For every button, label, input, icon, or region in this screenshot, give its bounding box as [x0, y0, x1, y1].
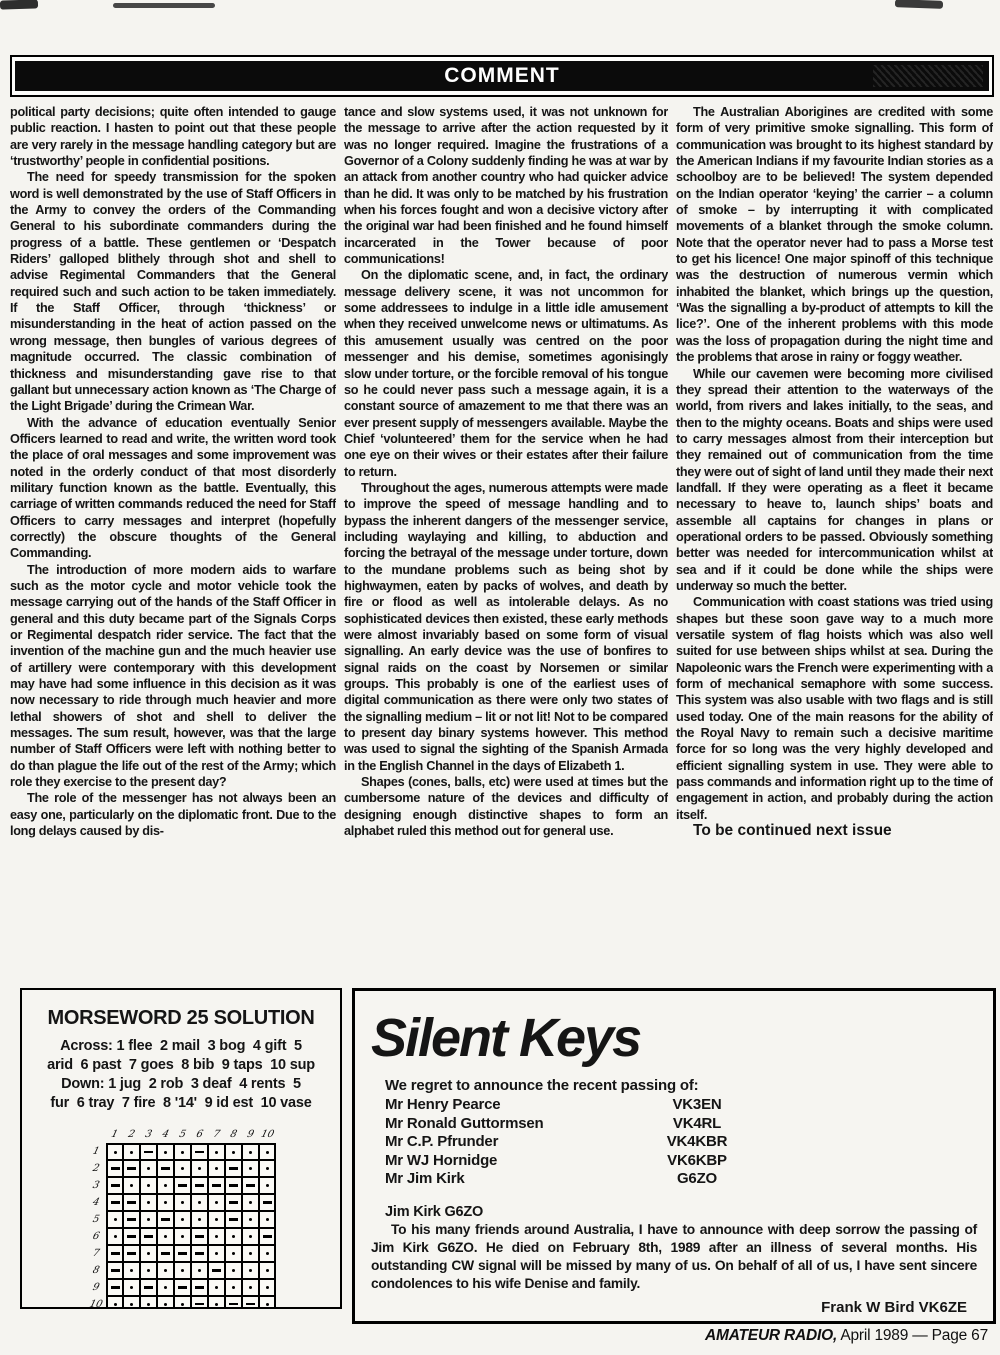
morse-dash-icon: [144, 1151, 153, 1154]
morse-dash-icon: [229, 1184, 238, 1187]
morse-dot-icon: [181, 1218, 184, 1221]
paragraph: The Australian Aborigines are credited w…: [676, 104, 993, 366]
grid-row-label: 1: [84, 1143, 108, 1160]
morse-dot-icon: [181, 1167, 184, 1170]
morse-grid-cell: [208, 1160, 225, 1177]
silent-keys-callsign: VK4KBR: [617, 1133, 777, 1152]
morse-dash-icon: [195, 1286, 204, 1289]
morse-grid-cell: [123, 1143, 140, 1160]
morse-dot-icon: [147, 1201, 150, 1204]
scan-smudge: [0, 0, 38, 10]
morseword-across-answers: Across: 1 flee 2 mail 3 bog 4 gift 5 ari…: [22, 1037, 340, 1075]
morse-grid-cell: [157, 1160, 174, 1177]
morse-grid-cell: [174, 1211, 191, 1228]
morse-dash-icon: [111, 1184, 120, 1187]
morse-dash-icon: [246, 1184, 255, 1187]
morse-dot-icon: [130, 1269, 133, 1272]
morse-dot-icon: [215, 1151, 218, 1154]
morse-dot-icon: [232, 1252, 235, 1255]
morse-grid-cell: [191, 1160, 208, 1177]
morse-dot-icon: [198, 1167, 201, 1170]
morse-dot-icon: [215, 1252, 218, 1255]
paragraph: The introduction of more modern aids to …: [10, 562, 336, 791]
grid-row-label: 9: [84, 1279, 108, 1296]
footer-issue-info: April 1989 — Page 67: [837, 1327, 988, 1344]
morse-dash-icon: [229, 1201, 238, 1204]
morse-grid-cell: [157, 1228, 174, 1245]
grid-row-label: 5: [84, 1211, 108, 1228]
morse-grid-cell: [157, 1143, 174, 1160]
silent-keys-title: Silent Keys: [371, 1011, 993, 1065]
morse-dot-icon: [215, 1218, 218, 1221]
silent-keys-name: Mr Henry Pearce: [385, 1096, 617, 1115]
morse-dot-icon: [147, 1269, 150, 1272]
morse-grid-cell: [242, 1245, 259, 1262]
morse-grid-cell: [259, 1160, 276, 1177]
morse-grid-cell: [242, 1211, 259, 1228]
morse-grid-cell: [259, 1245, 276, 1262]
morse-dot-icon: [249, 1151, 252, 1154]
morse-grid-cell: [140, 1228, 157, 1245]
morse-grid-cell: [242, 1194, 259, 1211]
morse-dot-icon: [181, 1303, 184, 1306]
morse-grid-cell: [174, 1194, 191, 1211]
morse-dot-icon: [266, 1167, 269, 1170]
scan-smudge: [113, 3, 215, 8]
morse-grid-cell: [242, 1279, 259, 1296]
morse-grid-cell: [191, 1143, 208, 1160]
morse-grid-cell: [140, 1177, 157, 1194]
page-title: COMMENT: [444, 64, 560, 88]
morse-grid-cell: [208, 1245, 225, 1262]
silent-keys-name: Mr C.P. Pfrunder: [385, 1133, 617, 1152]
morse-dash-icon: [144, 1235, 153, 1238]
morse-dot-icon: [114, 1218, 117, 1221]
morse-grid-cell: [123, 1279, 140, 1296]
morse-grid-cell: [174, 1177, 191, 1194]
morse-grid-cell: [225, 1160, 242, 1177]
morse-dot-icon: [249, 1167, 252, 1170]
morse-grid-cell: [191, 1177, 208, 1194]
obituary-text: To his many friends around Australia, I …: [371, 1221, 977, 1293]
morse-dash-icon: [212, 1184, 221, 1187]
page-footer: AMATEUR RADIO, April 1989 — Page 67: [705, 1327, 988, 1345]
morse-grid-cell: [106, 1296, 123, 1309]
grid-row-label: 3: [84, 1177, 108, 1194]
morse-grid-cell: [106, 1160, 123, 1177]
morse-grid-cell: [259, 1262, 276, 1279]
morse-dot-icon: [130, 1303, 133, 1306]
morse-grid-cell: [208, 1143, 225, 1160]
footer-magazine-title: AMATEUR RADIO,: [705, 1327, 837, 1344]
silent-keys-name: Mr Ronald Guttormsen: [385, 1115, 617, 1134]
morse-grid-cell: [123, 1228, 140, 1245]
morse-grid-cell: [174, 1262, 191, 1279]
morse-dot-icon: [164, 1151, 167, 1154]
morse-dot-icon: [114, 1235, 117, 1238]
morse-grid-cell: [242, 1228, 259, 1245]
silent-keys-callsign: G6ZO: [617, 1170, 777, 1189]
morse-grid-cell: [140, 1194, 157, 1211]
morse-dot-icon: [215, 1201, 218, 1204]
morse-dot-icon: [147, 1303, 150, 1306]
morse-dot-icon: [181, 1151, 184, 1154]
silent-keys-list: Mr Henry PearceVK3ENMr Ronald Guttormsen…: [385, 1096, 993, 1189]
morse-dot-icon: [249, 1252, 252, 1255]
article-column-2: tance and slow systems used, it was not …: [344, 104, 668, 984]
morse-grid-cell: [140, 1279, 157, 1296]
morse-dot-icon: [164, 1201, 167, 1204]
morse-dot-icon: [266, 1303, 269, 1306]
morse-grid-cell: [208, 1262, 225, 1279]
morse-grid-cell: [106, 1245, 123, 1262]
morse-grid-cell: [123, 1160, 140, 1177]
morse-dot-icon: [249, 1218, 252, 1221]
paragraph: With the advance of education eventually…: [10, 415, 336, 562]
silent-keys-name: Mr Jim Kirk: [385, 1170, 617, 1189]
morse-dash-icon: [195, 1151, 204, 1154]
morse-dot-icon: [181, 1269, 184, 1272]
silent-keys-entry: Mr Henry PearceVK3EN: [385, 1096, 993, 1115]
morse-grid-cell: [208, 1228, 225, 1245]
to-be-continued-note: To be continued next issue: [676, 823, 993, 839]
silent-keys-callsign: VK4RL: [617, 1115, 777, 1134]
morse-dot-icon: [249, 1269, 252, 1272]
morse-dash-icon: [263, 1201, 272, 1204]
morse-dash-icon: [195, 1235, 204, 1238]
morse-dot-icon: [147, 1167, 150, 1170]
morse-grid-cell: [123, 1262, 140, 1279]
morse-dash-icon: [127, 1167, 136, 1170]
grid-col-label: 10: [257, 1126, 278, 1143]
morse-dot-icon: [232, 1235, 235, 1238]
morse-dot-icon: [198, 1269, 201, 1272]
morse-grid-cell: [140, 1262, 157, 1279]
morse-grid-cell: [106, 1177, 123, 1194]
morse-grid-cell: [123, 1211, 140, 1228]
morse-grid-cell: [191, 1279, 208, 1296]
morse-grid-cell: [259, 1143, 276, 1160]
morse-dash-icon: [111, 1269, 120, 1272]
morse-grid-cell: [225, 1262, 242, 1279]
morse-grid-cell: [140, 1143, 157, 1160]
morse-dash-icon: [229, 1167, 238, 1170]
morse-grid-cell: [225, 1194, 242, 1211]
morse-grid-cell: [106, 1228, 123, 1245]
silent-keys-callsign: VK6KBP: [617, 1152, 777, 1171]
article-column-1: political party decisions; quite often i…: [10, 104, 336, 984]
morse-dash-icon: [195, 1184, 204, 1187]
scan-noise: [873, 65, 983, 87]
morse-grid-cell: [208, 1211, 225, 1228]
morse-grid-cell: [259, 1194, 276, 1211]
paragraph: Communication with coast stations was tr…: [676, 594, 993, 823]
paragraph: Shapes (cones, balls, etc) were used at …: [344, 774, 668, 839]
morse-dot-icon: [147, 1252, 150, 1255]
morse-dot-icon: [215, 1303, 218, 1306]
morse-dash-icon: [229, 1218, 238, 1221]
morse-dot-icon: [232, 1286, 235, 1289]
morse-dot-icon: [266, 1184, 269, 1187]
silent-keys-box: Silent Keys We regret to announce the re…: [352, 988, 996, 1324]
morse-dot-icon: [249, 1286, 252, 1289]
morse-dash-icon: [111, 1201, 120, 1204]
morse-grid-cell: [174, 1160, 191, 1177]
paragraph: On the diplomatic scene, and, in fact, t…: [344, 267, 668, 479]
morse-grid-cell: [259, 1228, 276, 1245]
morse-dot-icon: [266, 1269, 269, 1272]
morse-grid-cell: [208, 1177, 225, 1194]
morse-grid-cell: [242, 1262, 259, 1279]
paragraph: tance and slow systems used, it was not …: [344, 104, 668, 267]
morse-grid-cell: [123, 1296, 140, 1309]
morse-dash-icon: [178, 1184, 187, 1187]
morse-dot-icon: [266, 1151, 269, 1154]
morse-grid-cell: [157, 1211, 174, 1228]
morse-grid-cell: [157, 1245, 174, 1262]
morse-dot-icon: [164, 1184, 167, 1187]
comment-header-bar: COMMENT: [15, 61, 989, 91]
morse-dash-icon: [263, 1235, 272, 1238]
morse-dot-icon: [232, 1151, 235, 1154]
morse-grid-cell: [242, 1177, 259, 1194]
morse-grid-cell: [106, 1262, 123, 1279]
morse-dot-icon: [181, 1201, 184, 1204]
morse-dash-icon: [195, 1252, 204, 1255]
morse-dot-icon: [130, 1151, 133, 1154]
morse-grid-cell: [191, 1296, 208, 1309]
silent-keys-entry: Mr Ronald GuttormsenVK4RL: [385, 1115, 993, 1134]
morse-grid-cell: [191, 1211, 208, 1228]
morse-grid-cell: [191, 1194, 208, 1211]
obituary-heading: Jim Kirk G6ZO: [385, 1204, 993, 1220]
morse-dash-icon: [195, 1303, 204, 1306]
morse-dot-icon: [130, 1286, 133, 1289]
morse-dash-icon: [127, 1201, 136, 1204]
morse-dot-icon: [164, 1235, 167, 1238]
silent-keys-entry: Mr WJ HornidgeVK6KBP: [385, 1152, 993, 1171]
morse-grid-cell: [157, 1177, 174, 1194]
morse-grid-cell: [106, 1211, 123, 1228]
morse-grid-cell: [259, 1296, 276, 1309]
obituary-signature: Frank W Bird VK6ZE: [355, 1299, 967, 1316]
morse-dash-icon: [127, 1252, 136, 1255]
grid-row-label: 4: [84, 1194, 108, 1211]
morse-dash-icon: [161, 1252, 170, 1255]
paragraph: Throughout the ages, numerous attempts w…: [344, 480, 668, 774]
morse-dash-icon: [246, 1303, 255, 1306]
morse-dash-icon: [161, 1218, 170, 1221]
morse-grid-cell: [259, 1211, 276, 1228]
morse-grid-cell: [157, 1296, 174, 1309]
morse-dot-icon: [147, 1184, 150, 1187]
morseword-down-answers: Down: 1 jug 2 rob 3 deaf 4 rents 5 fur 6…: [22, 1075, 340, 1113]
morse-grid-cell: [225, 1143, 242, 1160]
morse-dot-icon: [266, 1218, 269, 1221]
morse-dash-icon: [212, 1269, 221, 1272]
morse-dot-icon: [164, 1269, 167, 1272]
morse-grid-cell: [157, 1262, 174, 1279]
morse-grid-cell: [106, 1194, 123, 1211]
morse-dash-icon: [178, 1286, 187, 1289]
morse-grid-cell: [225, 1245, 242, 1262]
article-column-3: The Australian Aborigines are credited w…: [676, 104, 993, 984]
grid-row-label: 6: [84, 1228, 108, 1245]
morse-dash-icon: [127, 1235, 136, 1238]
silent-keys-entry: Mr Jim KirkG6ZO: [385, 1170, 993, 1189]
morse-grid-cell: [242, 1160, 259, 1177]
morse-dash-icon: [111, 1167, 120, 1170]
morse-grid-cell: [140, 1296, 157, 1309]
morse-grid-cell: [140, 1211, 157, 1228]
paragraph: political party decisions; quite often i…: [10, 104, 336, 169]
silent-keys-name: Mr WJ Hornidge: [385, 1152, 617, 1171]
morse-grid-cell: [259, 1177, 276, 1194]
morse-grid-cell: [208, 1194, 225, 1211]
scan-smudge: [895, 0, 943, 9]
morse-grid-cell: [191, 1228, 208, 1245]
morse-grid-cell: [140, 1245, 157, 1262]
morse-dot-icon: [266, 1286, 269, 1289]
morse-grid-cell: [191, 1245, 208, 1262]
morse-grid-cell: [191, 1262, 208, 1279]
morse-grid-cell: [123, 1177, 140, 1194]
morse-grid-cell: [140, 1160, 157, 1177]
morse-dot-icon: [130, 1184, 133, 1187]
morseword-solution-box: MORSEWORD 25 SOLUTION Across: 1 flee 2 m…: [20, 988, 342, 1309]
morse-grid-cell: [106, 1279, 123, 1296]
comment-header: COMMENT: [10, 55, 994, 97]
morse-dot-icon: [249, 1201, 252, 1204]
morse-grid-cell: [225, 1279, 242, 1296]
morseword-grid: 1234567891012345678910: [86, 1126, 276, 1309]
morse-dot-icon: [215, 1235, 218, 1238]
silent-keys-intro: We regret to announce the recent passing…: [385, 1077, 993, 1094]
morse-grid-cell: [123, 1194, 140, 1211]
morse-grid-cell: [157, 1279, 174, 1296]
morse-dot-icon: [266, 1252, 269, 1255]
morse-dash-icon: [111, 1286, 120, 1289]
morse-dot-icon: [164, 1303, 167, 1306]
morse-grid-cell: [225, 1296, 242, 1309]
grid-row-label: 8: [84, 1262, 108, 1279]
morse-dot-icon: [249, 1235, 252, 1238]
morse-dot-icon: [232, 1269, 235, 1272]
morse-grid-cell: [123, 1245, 140, 1262]
morse-dash-icon: [144, 1286, 153, 1289]
morse-grid-cell: [225, 1177, 242, 1194]
morse-grid-cell: [242, 1143, 259, 1160]
morse-dash-icon: [178, 1252, 187, 1255]
morse-dot-icon: [181, 1235, 184, 1238]
morse-dash-icon: [161, 1167, 170, 1170]
morse-dot-icon: [114, 1151, 117, 1154]
morse-dot-icon: [114, 1303, 117, 1306]
morse-grid-cell: [208, 1279, 225, 1296]
morse-dash-icon: [127, 1218, 136, 1221]
morse-dot-icon: [198, 1218, 201, 1221]
grid-row-label: 10: [84, 1296, 108, 1309]
morse-grid-cell: [259, 1279, 276, 1296]
morse-grid-cell: [208, 1296, 225, 1309]
morse-grid-cell: [174, 1279, 191, 1296]
silent-keys-callsign: VK3EN: [617, 1096, 777, 1115]
morse-grid-cell: [106, 1143, 123, 1160]
paragraph: The need for speedy transmission for the…: [10, 169, 336, 414]
morse-dot-icon: [164, 1286, 167, 1289]
morse-dot-icon: [147, 1218, 150, 1221]
morse-dot-icon: [215, 1286, 218, 1289]
morse-grid-cell: [174, 1245, 191, 1262]
morse-grid-cell: [174, 1296, 191, 1309]
morse-grid-cell: [174, 1228, 191, 1245]
morseword-title: MORSEWORD 25 SOLUTION: [22, 1007, 340, 1030]
morse-dash-icon: [229, 1303, 238, 1306]
morse-grid-cell: [157, 1194, 174, 1211]
silent-keys-entry: Mr C.P. PfrunderVK4KBR: [385, 1133, 993, 1152]
morse-dash-icon: [111, 1252, 120, 1255]
morse-dot-icon: [215, 1167, 218, 1170]
grid-row-label: 2: [84, 1160, 108, 1177]
morse-grid-cell: [225, 1228, 242, 1245]
grid-row-label: 7: [84, 1245, 108, 1262]
morse-grid-cell: [174, 1143, 191, 1160]
paragraph: The role of the messenger has not always…: [10, 790, 336, 839]
morse-grid-cell: [242, 1296, 259, 1309]
paragraph: While our cavemen were becoming more civ…: [676, 366, 993, 595]
morse-dot-icon: [198, 1201, 201, 1204]
morse-grid-cell: [225, 1211, 242, 1228]
